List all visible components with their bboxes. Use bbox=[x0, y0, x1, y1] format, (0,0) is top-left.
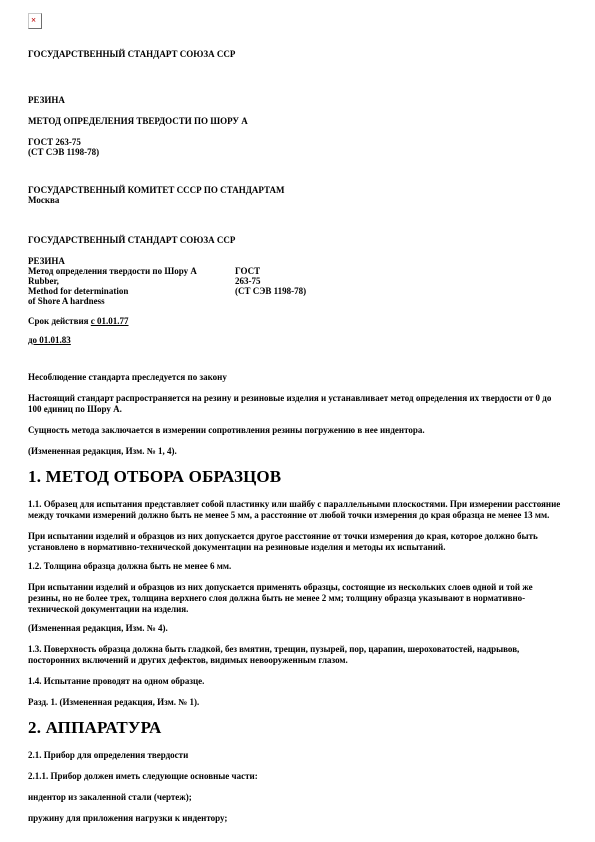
gost-number-line: ГОСТ 263-75 bbox=[28, 137, 567, 147]
broken-image-icon: × bbox=[28, 13, 42, 29]
title-block: РЕЗИНА Метод определения твердости по Шо… bbox=[28, 256, 567, 306]
masthead-standard-label-repeat: ГОСУДАРСТВЕННЫЙ СТАНДАРТ СОЮЗА ССР bbox=[28, 235, 567, 246]
intro-paragraph: Сущность метода заключается в измерении … bbox=[28, 425, 567, 436]
product-name-en: Rubber, bbox=[28, 276, 235, 286]
paragraph-1-1-note: При испытании изделий и образцов из них … bbox=[28, 531, 567, 553]
validity-from: с 01.01.77 bbox=[91, 316, 129, 326]
paragraph-1-2: 1.2. Толщина образца должна быть не мене… bbox=[28, 561, 567, 572]
validity-from-line: Срок действия с 01.01.77 bbox=[28, 316, 567, 327]
method-name-en-1: Method for determination bbox=[28, 286, 235, 296]
paragraph-1-1: 1.1. Образец для испытания представляет … bbox=[28, 499, 567, 521]
method-name-ru: Метод определения твердости по Шору А bbox=[28, 266, 235, 276]
doc-title: РЕЗИНА bbox=[28, 95, 567, 106]
paragraph-1-4: 1.4. Испытание проводят на одном образце… bbox=[28, 676, 567, 687]
section-1-heading: 1. МЕТОД ОТБОРА ОБРАЗЦОВ bbox=[28, 467, 567, 487]
document-page: × ГОСУДАРСТВЕННЫЙ СТАНДАРТ СОЮЗА ССР РЕЗ… bbox=[0, 0, 595, 842]
validity-to-line: до 01.01.83 bbox=[28, 335, 567, 346]
title-block-right: ГОСТ 263-75 (СТ СЭВ 1198-78) bbox=[235, 256, 306, 306]
broken-image-x-icon: × bbox=[31, 15, 36, 25]
committee-block: ГОСУДАРСТВЕННЫЙ КОМИТЕТ СССР ПО СТАНДАРТ… bbox=[28, 185, 567, 205]
paragraph-2-1-1: 2.1.1. Прибор должен иметь следующие осн… bbox=[28, 771, 567, 782]
intro-amendment-note: (Измененная редакция, Изм. № 1, 4). bbox=[28, 446, 567, 457]
paragraph-2-1: 2.1. Прибор для определения твердости bbox=[28, 750, 567, 761]
validity-label: Срок действия bbox=[28, 316, 89, 326]
gost-number-block: ГОСТ 263-75 (СТ СЭВ 1198-78) bbox=[28, 137, 567, 157]
intro-paragraph: Настоящий стандарт распространяется на р… bbox=[28, 393, 567, 415]
law-notice: Несоблюдение стандарта преследуется по з… bbox=[28, 372, 567, 383]
paragraph-1-2-note: При испытании изделий и образцов из них … bbox=[28, 582, 567, 615]
list-item-indenter: индентор из закаленной стали (чертеж); bbox=[28, 792, 567, 803]
section-1-amendment-note: Разд. 1. (Измененная редакция, Изм. № 1)… bbox=[28, 697, 567, 708]
title-block-left: РЕЗИНА Метод определения твердости по Шо… bbox=[28, 256, 235, 306]
list-item-spring: пружину для приложения нагрузки к индент… bbox=[28, 813, 567, 824]
validity-to: до 01.01.83 bbox=[28, 335, 71, 345]
masthead-standard-label: ГОСУДАРСТВЕННЫЙ СТАНДАРТ СОЮЗА ССР bbox=[28, 49, 567, 60]
committee-line: ГОСУДАРСТВЕННЫЙ КОМИТЕТ СССР ПО СТАНДАРТ… bbox=[28, 185, 567, 195]
amendment-note: (Измененная редакция, Изм. № 4). bbox=[28, 623, 567, 634]
section-2-heading: 2. АППАРАТУРА bbox=[28, 718, 567, 738]
doc-subtitle: МЕТОД ОПРЕДЕЛЕНИЯ ТВЕРДОСТИ ПО ШОРУ А bbox=[28, 116, 567, 127]
sev-ref-line: (СТ СЭВ 1198-78) bbox=[28, 147, 567, 157]
method-name-en-2: of Shore A hardness bbox=[28, 296, 235, 306]
product-name-ru: РЕЗИНА bbox=[28, 256, 235, 266]
gost-label: ГОСТ bbox=[235, 266, 306, 276]
sev-ref: (СТ СЭВ 1198-78) bbox=[235, 286, 306, 296]
paragraph-1-3: 1.3. Поверхность образца должна быть гла… bbox=[28, 644, 567, 666]
city-line: Москва bbox=[28, 195, 567, 205]
gost-num: 263-75 bbox=[235, 276, 306, 286]
